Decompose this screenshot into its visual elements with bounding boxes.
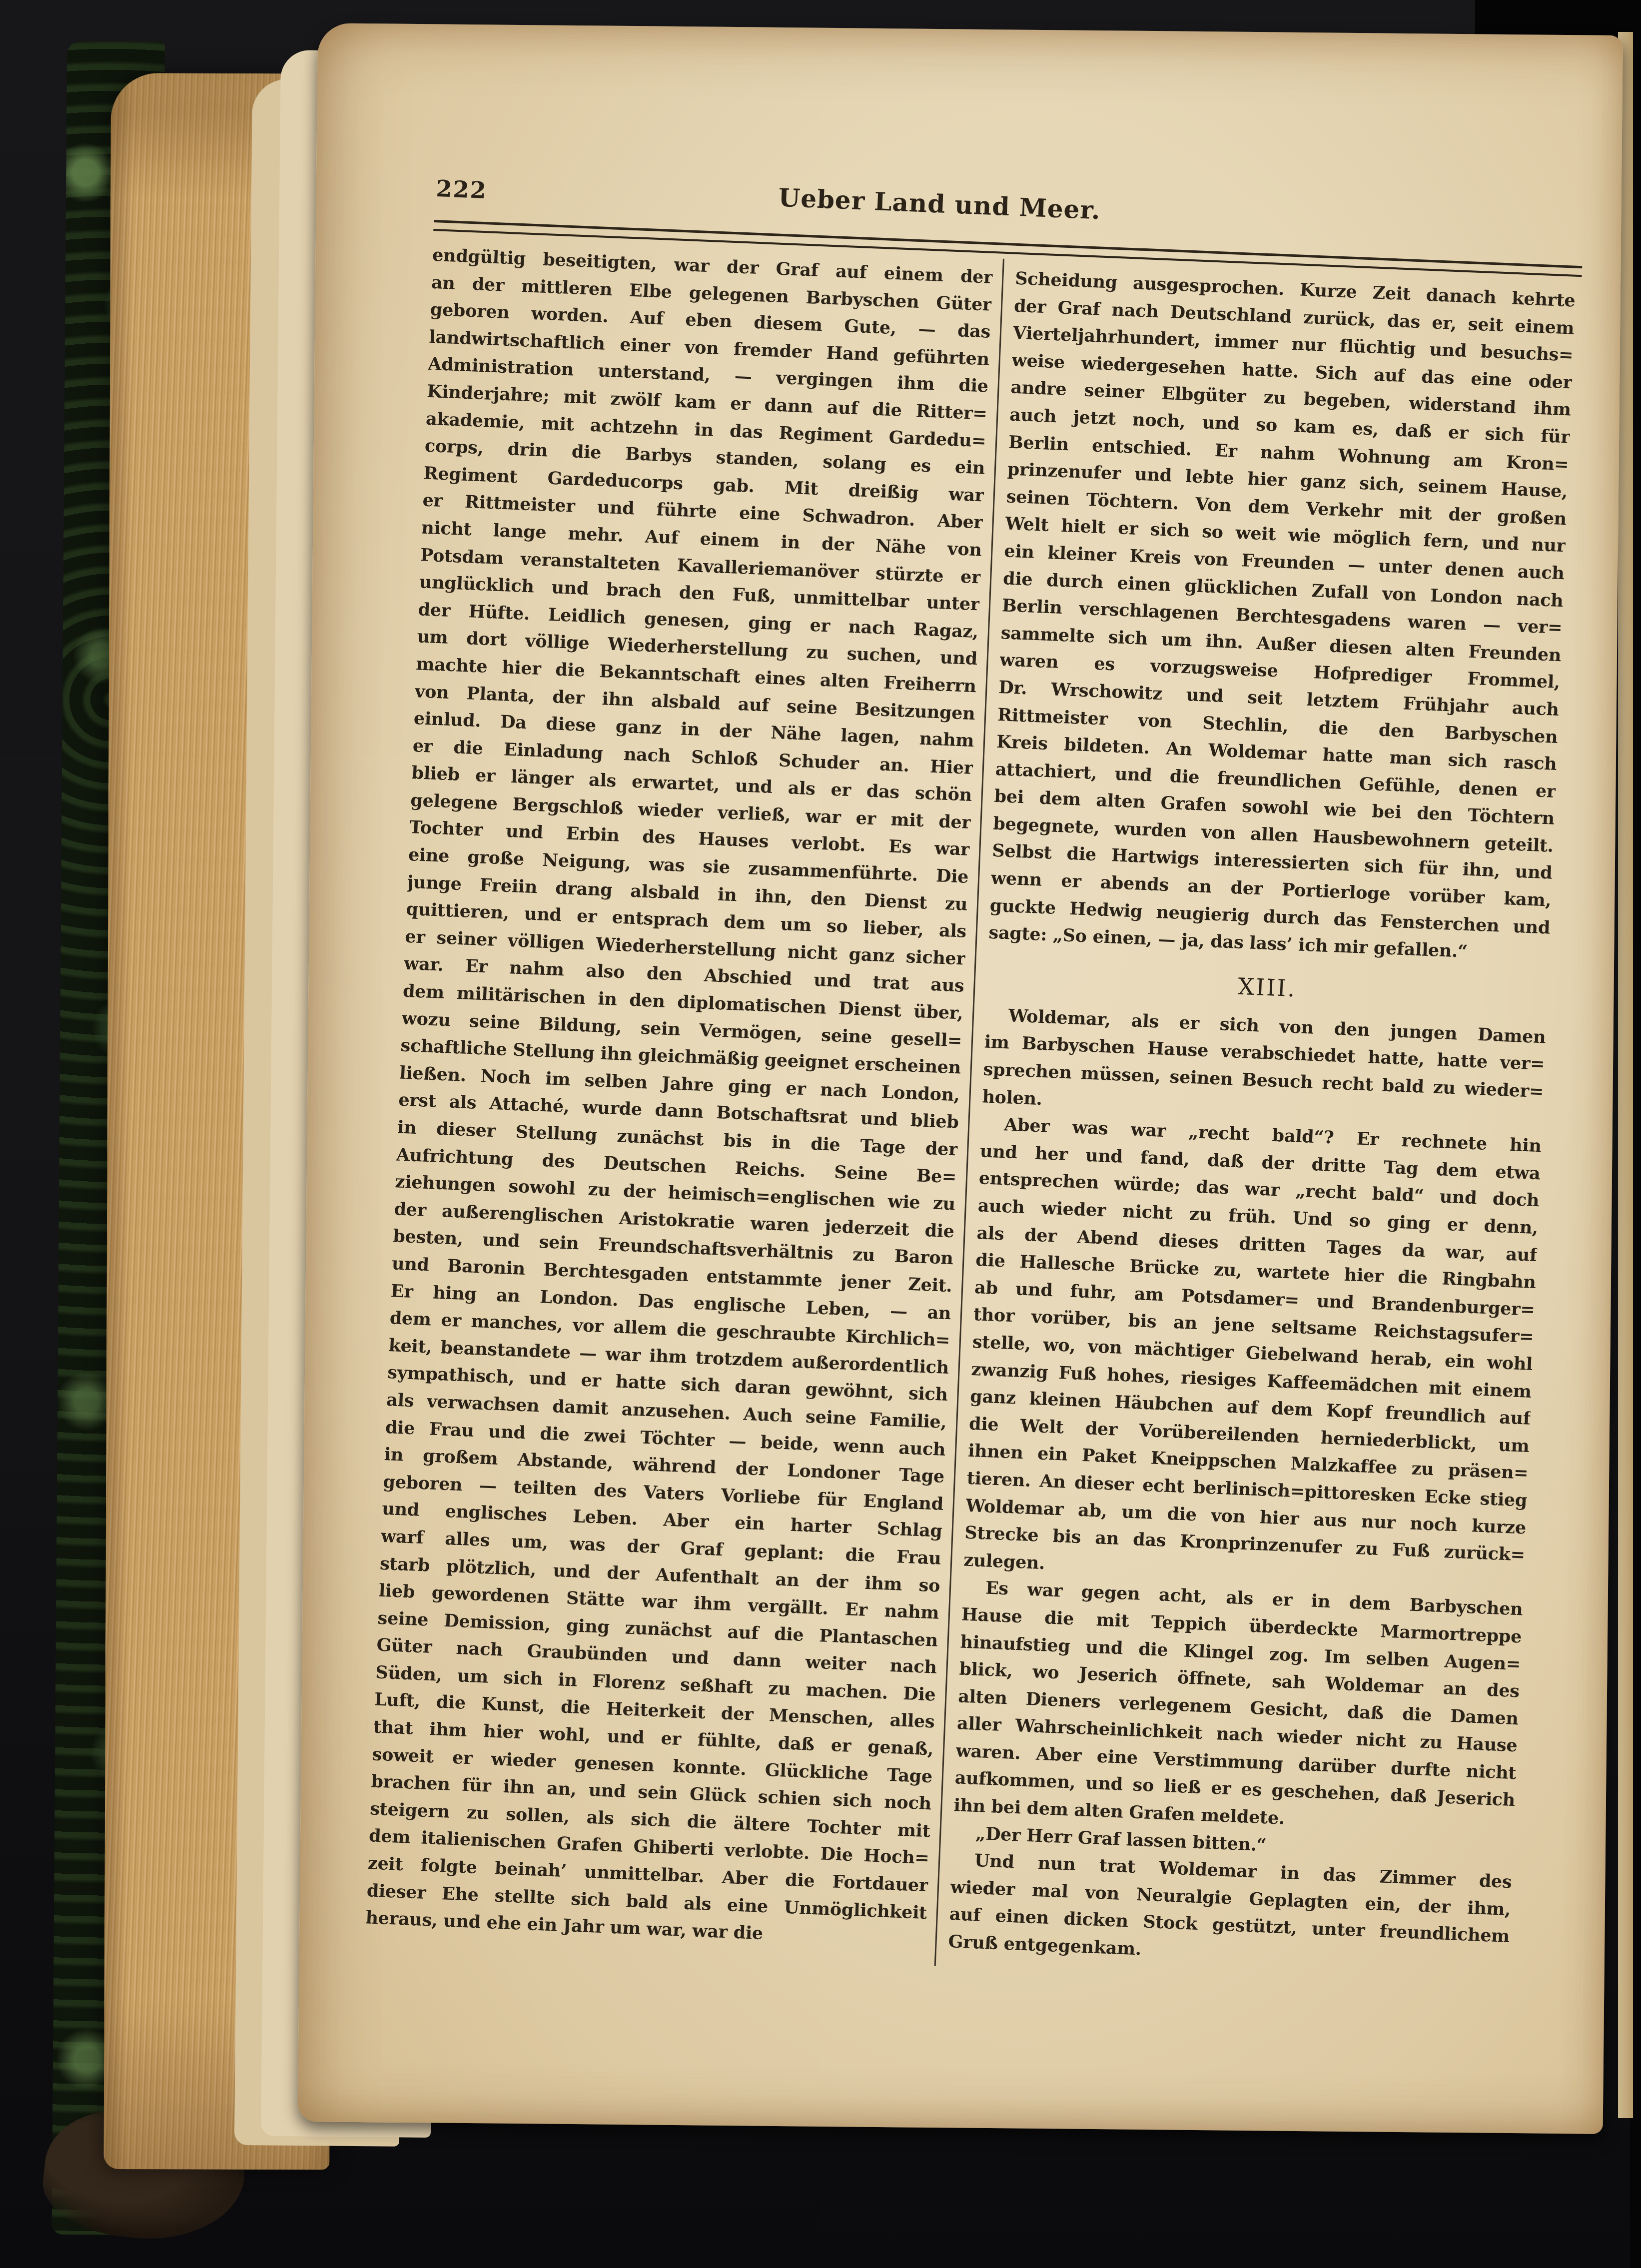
right-text-column: Scheidung ausgesprochen. Kurze Zeit dana…: [948, 265, 1576, 1978]
printed-page-content: 222 Ueber Land und Meer. endgültig besei…: [364, 172, 1585, 2015]
left-text-column: endgültig beseitigten, war der Graf auf …: [365, 242, 993, 1954]
book-scan-photo: { "page": { "number": "222", "header_tit…: [0, 0, 1641, 2268]
right-column-upper-lines: Scheidung ausgesprochen. Kurze Zeit dana…: [988, 265, 1576, 969]
right-page-edge: [1618, 32, 1633, 2118]
right-column-lower-lines: Woldemar, als er sich von den jungen Dam…: [948, 1001, 1547, 1978]
